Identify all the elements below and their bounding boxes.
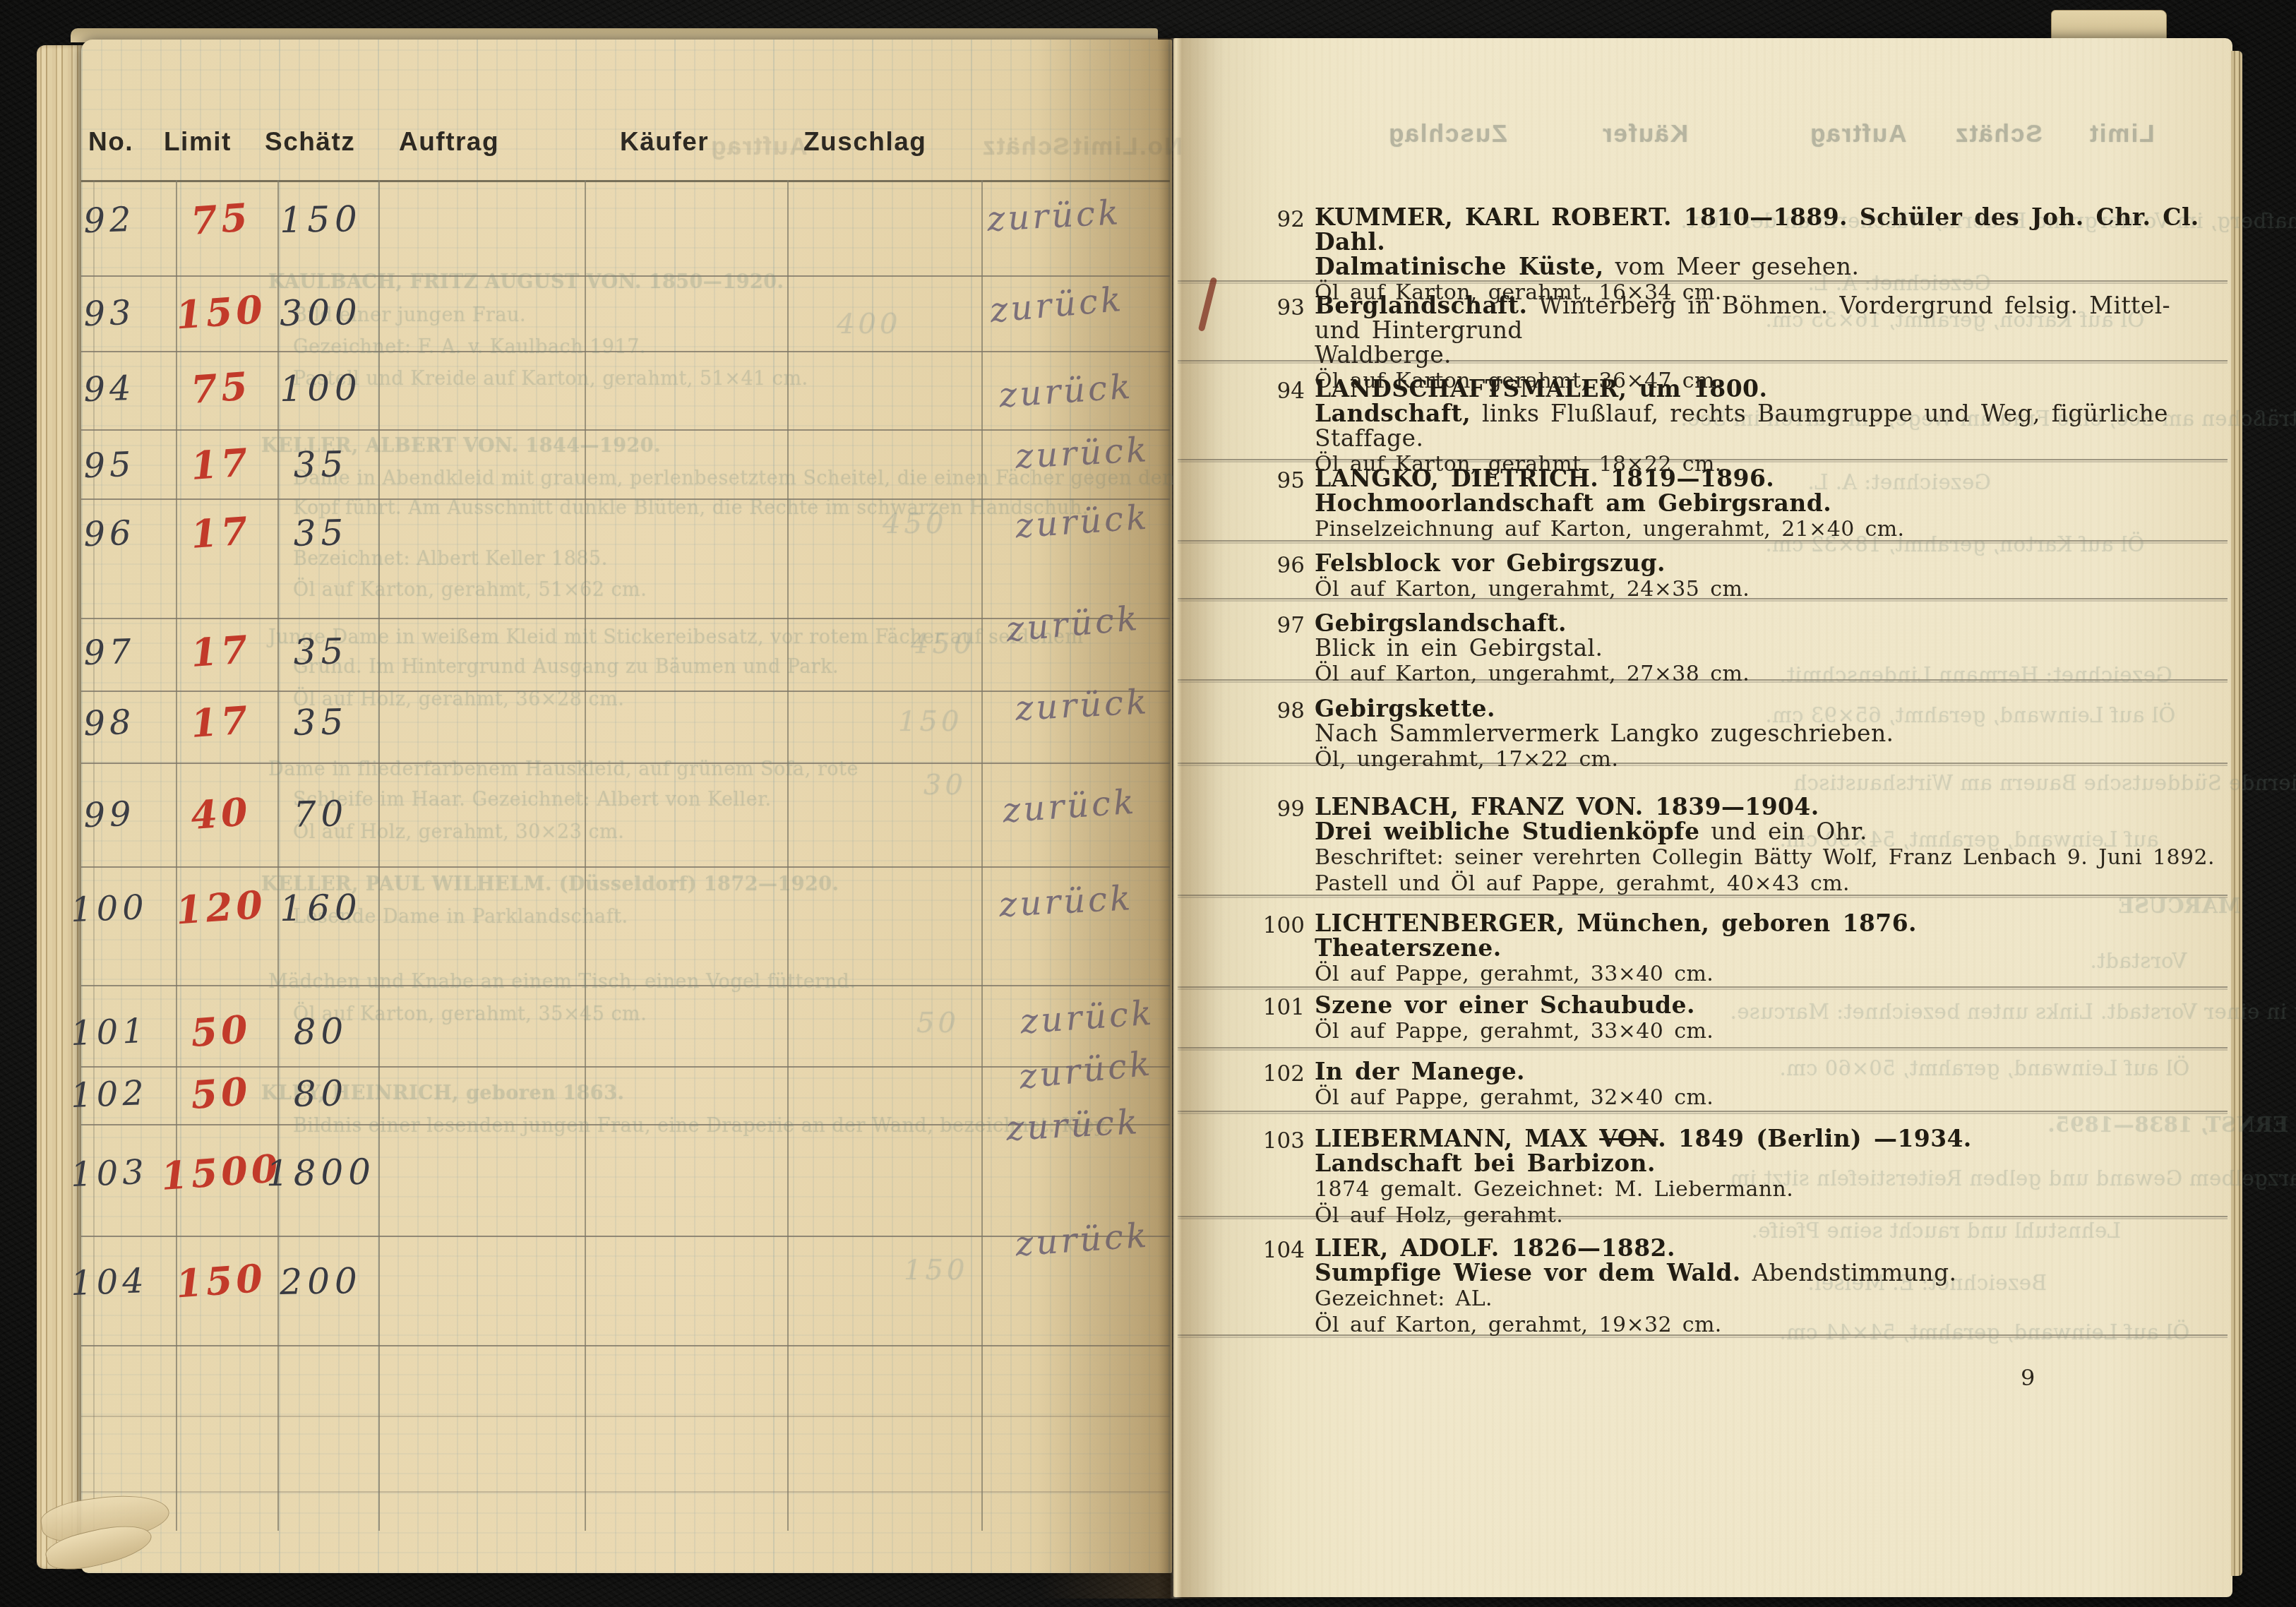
entry-line: 1874 gemalt. Gezeichnet: M. Liebermann.	[1315, 1176, 2222, 1202]
entry-lot-number: 101	[1234, 995, 1305, 1020]
entry-text: Szene vor einer Schaubude.Öl auf Pappe, …	[1315, 993, 2222, 1044]
row-lot-number: 104	[66, 1261, 153, 1303]
entry-line: Sumpfige Wiese vor dem Wald. Abendstimmu…	[1315, 1260, 2222, 1285]
row-lot-number: 101	[66, 1011, 153, 1053]
entry-line: KUMMER, KARL ROBERT. 1810—1889. Schüler …	[1315, 205, 2222, 254]
text-segment: Öl auf Karton, ungerahmt, 27×38 cm.	[1315, 662, 1750, 686]
entry-lot-number: 92	[1234, 207, 1305, 232]
ghost-text: Dame in fliederfarbenem Hauskleid, auf g…	[268, 758, 859, 780]
row-schaetz-value: 70	[263, 793, 380, 836]
row-schaetz-value: 80	[263, 1010, 380, 1053]
row-schaetz-value: 150	[263, 198, 380, 241]
entry-line: Öl auf Karton, gerahmt, 19×32 cm.	[1315, 1311, 2222, 1337]
entry-lot-number: 95	[1234, 468, 1305, 494]
text-segment: Berglandschaft.	[1315, 292, 1527, 319]
entry-line: Öl auf Pappe, gerahmt, 33×40 cm.	[1315, 960, 2222, 986]
row-schaetz-value: 160	[263, 887, 380, 930]
text-segment: Pinselzeichnung auf Karton, ungerahmt, 2…	[1315, 517, 1905, 542]
ghost-text: festtagsfeiernde Süddeutsche Bauern am W…	[1793, 771, 2296, 795]
mirrored-header-ghost: Limit	[2088, 120, 2155, 148]
separator-line	[1178, 1111, 2228, 1112]
ghost-text: Bildnis einer lesenden jungen Frau, eine…	[293, 1115, 1109, 1137]
entry-line: LIER, ADOLF. 1826—1882.	[1315, 1236, 2222, 1260]
text-segment: Waldberge.	[1315, 341, 1452, 369]
entry-line: Gebirgskette.	[1315, 696, 2222, 721]
row-schaetz-value: 300	[263, 292, 380, 335]
entry-text: Gebirgskette.Nach Sammlervermerk Langko …	[1315, 696, 2222, 772]
text-segment: Gebirgskette.	[1315, 695, 1495, 722]
row-schaetz-value: 100	[263, 367, 380, 410]
entry-lot-number: 103	[1234, 1128, 1305, 1154]
mirrored-header-ghost: Limit	[1072, 133, 1138, 161]
entry-line: Pinselzeichnung auf Karton, ungerahmt, 2…	[1315, 515, 2222, 542]
row-lot-number: 93	[66, 292, 153, 335]
text-segment: Gebirgslandschaft.	[1315, 609, 1567, 637]
entry-lot-number: 96	[1234, 553, 1305, 578]
mirrored-header-ghost: Käufer	[1601, 120, 1688, 148]
row-schaetz-value: 200	[263, 1260, 380, 1303]
entry-line: LANDSCHAFTSMALER, um 1800.	[1315, 376, 2222, 401]
row-zuschlag-note: zurück	[998, 878, 1135, 925]
entry-line: Öl auf Karton, ungerahmt, 27×38 cm.	[1315, 660, 2222, 686]
text-segment: Gezeichnet: AL.	[1315, 1286, 1493, 1311]
text-segment: Sumpfige Wiese vor dem Wald.	[1315, 1259, 1741, 1286]
text-segment: Drei weibliche Studienköpfe	[1315, 818, 1699, 845]
scanned-auction-ledger: No.LimitSchätzAuftragKäuferZuschlagAuftr…	[0, 0, 2296, 1607]
entry-line: Dalmatinische Küste, vom Meer gesehen.	[1315, 254, 2222, 279]
ledger-column-header: Schätz	[265, 127, 355, 157]
mirrored-header-ghost: Auftrag	[710, 133, 807, 161]
entry-line: Pastell und Öl auf Pappe, gerahmt, 40×43…	[1315, 870, 2222, 896]
text-segment: Pastell und Öl auf Pappe, gerahmt, 40×43…	[1315, 871, 1850, 896]
text-segment: vom Meer gesehen.	[1604, 253, 1860, 280]
entry-line: Öl auf Pappe, gerahmt, 33×40 cm.	[1315, 1017, 2222, 1044]
row-schaetz-value: 1800	[263, 1152, 380, 1195]
row-zuschlag-note: zurück	[1015, 682, 1151, 729]
row-schaetz-value: 80	[263, 1073, 380, 1116]
entry-line: In der Manege.	[1315, 1059, 2222, 1084]
entry-line: Gebirgslandschaft.	[1315, 611, 2222, 635]
ledger-column-header: Zuschlag	[803, 127, 926, 157]
entry-line: Beschriftet: seiner verehrten Collegin B…	[1315, 844, 2222, 870]
text-segment: Theaterszene.	[1315, 934, 1502, 962]
text-segment: Blick in ein Gebirgstal.	[1315, 634, 1603, 662]
ghost-text: 450	[883, 508, 947, 540]
text-segment: Öl auf Pappe, gerahmt, 33×40 cm.	[1315, 1019, 1714, 1044]
ledger-column-header: Limit	[164, 127, 232, 157]
entry-text: LIER, ADOLF. 1826—1882.Sumpfige Wiese vo…	[1315, 1236, 2222, 1337]
entry-lot-number: 100	[1234, 913, 1305, 938]
text-segment: und ein Ohr.	[1699, 818, 1867, 845]
ledger-row-line	[81, 691, 1170, 692]
row-lot-number: 94	[66, 368, 153, 410]
ledger-row-line	[81, 1066, 1170, 1068]
ledger-column-line	[981, 180, 983, 1531]
entry-line: Drei weibliche Studienköpfe und ein Ohr.	[1315, 819, 2222, 844]
entry-line: Öl, ungerahmt, 17×22 cm.	[1315, 746, 2222, 772]
entry-text: LENBACH, FRANZ VON. 1839—1904.Drei weibl…	[1315, 794, 2222, 896]
row-schaetz-value: 35	[263, 512, 380, 555]
text-segment: Dalmatinische Küste,	[1315, 253, 1604, 280]
ledger-column-header: Käufer	[620, 127, 709, 157]
ledger-column-header: Auftrag	[399, 127, 499, 157]
entry-lot-number: 99	[1234, 796, 1305, 822]
ghost-text: KAULBACH, FRITZ AUGUST VON. 1850—1920.	[268, 271, 784, 293]
row-lot-number: 100	[66, 888, 153, 930]
entry-line: Nach Sammlervermerk Langko zugeschrieben…	[1315, 721, 2222, 746]
text-segment: LIER, ADOLF. 1826—1882.	[1315, 1234, 1675, 1262]
row-lot-number: 103	[66, 1152, 153, 1195]
text-segment: Beschriftet: seiner verehrten Collegin B…	[1315, 845, 2215, 870]
struck-text: VON	[1599, 1125, 1658, 1152]
mirrored-header-ghost: Zuschlag	[1387, 120, 1507, 148]
mirrored-header-ghost: Schätz	[1954, 120, 2043, 148]
entry-line: Felsblock vor Gebirgszug.	[1315, 551, 2222, 575]
text-segment: LANGKO, DIETRICH. 1819—1896.	[1315, 465, 1774, 492]
text-segment: Szene vor einer Schaubude.	[1315, 991, 1695, 1019]
ghost-text: 450	[911, 628, 975, 660]
entry-lot-number: 98	[1234, 698, 1305, 724]
entry-line: Szene vor einer Schaubude.	[1315, 993, 2222, 1017]
entry-line: Landschaft bei Barbizon.	[1315, 1151, 2222, 1176]
entry-lot-number: 102	[1234, 1061, 1305, 1087]
text-segment: LANDSCHAFTSMALER, um 1800.	[1315, 375, 1767, 402]
entry-line: Hochmoorlandschaft am Gebirgsrand.	[1315, 491, 2222, 515]
entry-line: Berglandschaft. Winterberg in Böhmen. Vo…	[1315, 293, 2222, 342]
ledger-top-rule	[81, 180, 1170, 182]
ghost-text: 30	[923, 769, 967, 801]
row-zuschlag-note: zurück	[1015, 430, 1151, 477]
text-segment: Hochmoorlandschaft am Gebirgsrand.	[1315, 489, 1831, 517]
row-lot-number: 92	[66, 199, 153, 241]
text-segment: 1874 gemalt. Gezeichnet: M. Liebermann.	[1315, 1177, 1793, 1202]
row-zuschlag-note: zurück	[986, 193, 1123, 239]
ledger-row-line	[81, 1236, 1170, 1237]
entry-text: In der Manege.Öl auf Pappe, gerahmt, 32×…	[1315, 1059, 2222, 1110]
separator-line	[1178, 1047, 2228, 1049]
entry-text: Felsblock vor Gebirgszug.Öl auf Karton, …	[1315, 551, 2222, 602]
right-page-edge-stack	[2231, 51, 2242, 1576]
text-segment: Öl auf Pappe, gerahmt, 33×40 cm.	[1315, 962, 1714, 986]
text-segment: Öl, ungerahmt, 17×22 cm.	[1315, 747, 1618, 772]
text-segment: Nach Sammlervermerk Langko zugeschrieben…	[1315, 719, 1894, 747]
text-segment: LENBACH, FRANZ VON. 1839—1904.	[1315, 793, 1819, 820]
row-schaetz-value: 35	[263, 701, 380, 744]
text-segment: Abendstimmung.	[1741, 1259, 1957, 1286]
entry-lot-number: 94	[1234, 378, 1305, 404]
entry-lot-number: 104	[1234, 1238, 1305, 1263]
ghost-text: Gezeichnet: F. A. v. Kaulbach 1917.	[293, 336, 646, 358]
row-lot-number: 95	[66, 444, 153, 486]
entry-line: Blick in ein Gebirgstal.	[1315, 635, 2222, 660]
entry-line: Öl auf Karton, ungerahmt, 24×35 cm.	[1315, 575, 2222, 602]
row-schaetz-value: 35	[263, 631, 380, 674]
text-segment: Öl auf Pappe, gerahmt, 32×40 cm.	[1315, 1085, 1714, 1110]
entry-line: Theaterszene.	[1315, 936, 2222, 960]
entry-line: LANGKO, DIETRICH. 1819—1896.	[1315, 466, 2222, 491]
page-number: 9	[2021, 1364, 2035, 1391]
row-lot-number: 99	[66, 794, 153, 836]
row-lot-number: 97	[66, 631, 153, 674]
ghost-text: 400	[837, 308, 901, 340]
text-segment: Felsblock vor Gebirgszug.	[1315, 549, 1666, 577]
text-segment: Öl auf Karton, gerahmt, 19×32 cm.	[1315, 1313, 1722, 1337]
entry-line: Öl auf Holz, gerahmt.	[1315, 1202, 2222, 1228]
ledger-row-line-faint	[81, 1416, 1170, 1417]
text-segment: In der Manege.	[1315, 1058, 1525, 1085]
ghost-text: Kopf führt. Am Ausschnitt dunkle Blüten,…	[293, 497, 1089, 519]
mirrored-header-ghost: Auftrag	[1809, 120, 1906, 148]
text-segment: Landschaft bei Barbizon.	[1315, 1149, 1656, 1177]
ledger-row-line	[81, 866, 1170, 868]
entry-line: Waldberge.	[1315, 342, 2222, 367]
ghost-text: Mädchen und Knabe an einem Tisch, einen …	[268, 971, 856, 993]
mirrored-header-ghost: No.	[1138, 133, 1182, 161]
entry-lot-number: 97	[1234, 613, 1305, 638]
row-schaetz-value: 35	[263, 443, 380, 486]
entry-text: LANDSCHAFTSMALER, um 1800.Landschaft, li…	[1315, 376, 2222, 477]
entry-lot-number: 93	[1234, 295, 1305, 321]
entry-line: LICHTENBERGER, München, geboren 1876.	[1315, 911, 2222, 936]
ledger-row-line-faint	[81, 1491, 1170, 1493]
entry-line: Gezeichnet: AL.	[1315, 1285, 2222, 1311]
entry-text: LICHTENBERGER, München, geboren 1876.The…	[1315, 911, 2222, 986]
entry-text: LIEBERMANN, MAX VON. 1849 (Berlin) —1934…	[1315, 1126, 2222, 1228]
text-segment: LICHTENBERGER, München, geboren 1876.	[1315, 909, 1917, 937]
row-zuschlag-note: zurück	[1005, 1102, 1142, 1149]
text-segment: . 1849 (Berlin) —1934.	[1658, 1125, 1972, 1152]
ledger-row-line	[81, 1345, 1170, 1346]
text-segment: KUMMER, KARL ROBERT. 1810—1889. Schüler …	[1315, 203, 2199, 256]
entry-text: LANGKO, DIETRICH. 1819—1896.Hochmoorland…	[1315, 466, 2222, 542]
row-lot-number: 102	[66, 1073, 153, 1116]
ghost-text: 50	[916, 1007, 959, 1039]
ghost-text: 150	[898, 705, 962, 738]
entry-line: LIEBERMANN, MAX VON. 1849 (Berlin) —1934…	[1315, 1126, 2222, 1151]
entry-line: Landschaft, links Flußlauf, rechts Baumg…	[1315, 401, 2222, 450]
text-segment: Öl auf Holz, gerahmt.	[1315, 1203, 1563, 1228]
entry-line: LENBACH, FRANZ VON. 1839—1904.	[1315, 794, 2222, 819]
text-segment: Landschaft,	[1315, 400, 1471, 427]
ledger-column-header: No.	[88, 127, 133, 157]
text-segment: LIEBERMANN, MAX	[1315, 1125, 1599, 1152]
row-lot-number: 98	[66, 702, 153, 744]
entry-line: Öl auf Pappe, gerahmt, 32×40 cm.	[1315, 1084, 2222, 1110]
ledger-row-line	[81, 429, 1170, 431]
text-segment: Öl auf Karton, ungerahmt, 24×35 cm.	[1315, 577, 1750, 602]
entry-text: KUMMER, KARL ROBERT. 1810—1889. Schüler …	[1315, 205, 2222, 305]
row-lot-number: 96	[66, 513, 153, 555]
ghost-text: Öl auf Karton, gerahmt, 51×62 cm.	[293, 579, 647, 601]
mirrored-header-ghost: Schätz	[981, 133, 1070, 161]
ghost-text: 150	[904, 1254, 968, 1286]
entry-text: Gebirgslandschaft.Blick in ein Gebirgsta…	[1315, 611, 2222, 686]
separator-line	[1178, 986, 2228, 988]
